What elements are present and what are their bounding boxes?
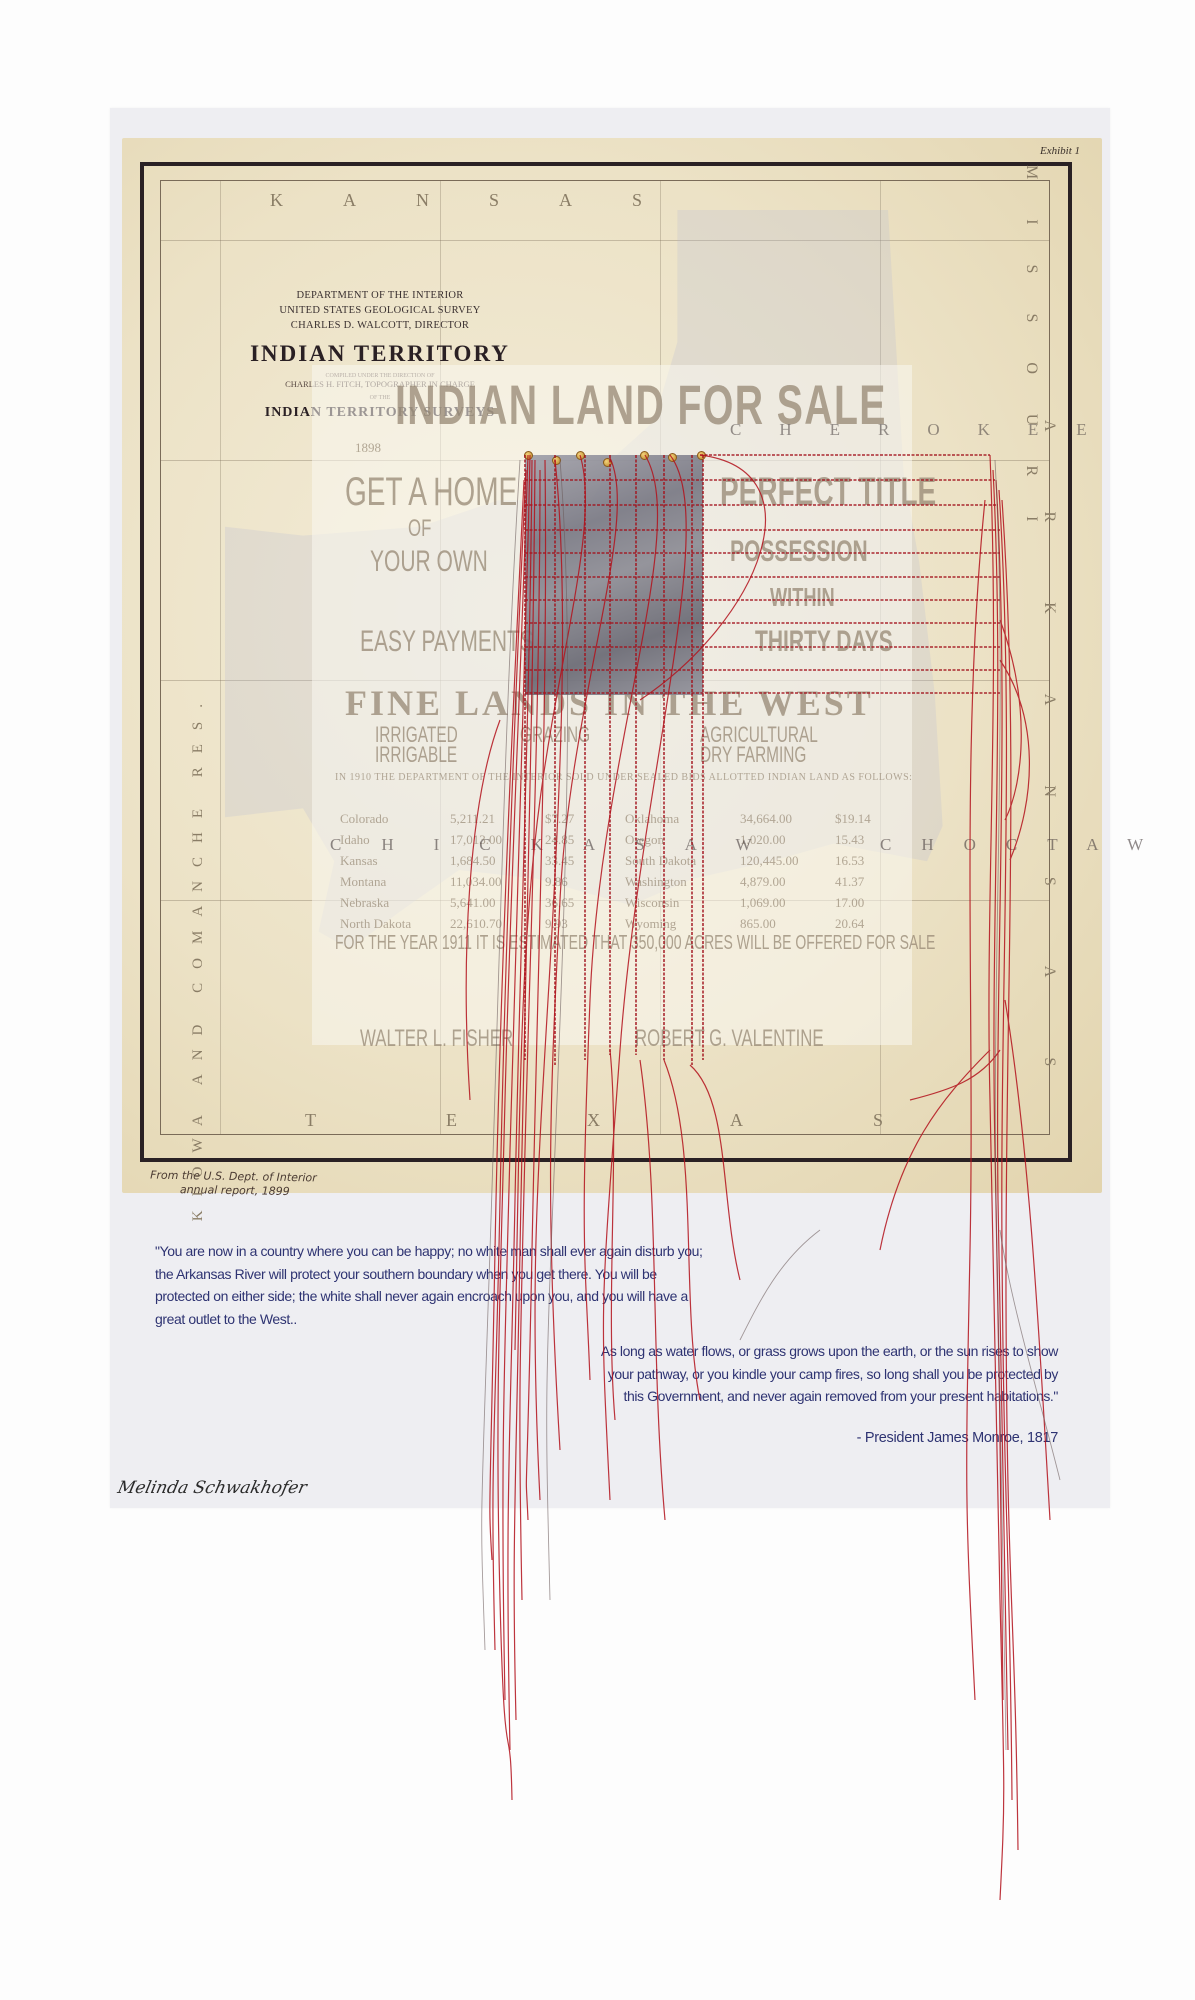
poster-year: 1898 [355, 440, 381, 456]
table-row: Wisconsin1,069.0017.00 [625, 892, 871, 913]
pin-icon [576, 451, 585, 460]
quote-second: As long as water flows, or grass grows u… [400, 1340, 1058, 1408]
header-line: CHARLES D. WALCOTT, DIRECTOR [230, 318, 530, 333]
poster-signatory: ROBERT G. VALENTINE [635, 1025, 824, 1053]
poster-signatory: WALTER L. FISHER [360, 1025, 513, 1053]
map-title: INDIAN TERRITORY [230, 341, 530, 367]
sales-table-left: Colorado5,211.21$7.27 Idaho17,013.0024.8… [340, 808, 574, 934]
artist-signature: Melinda Schwakhofer [116, 1478, 309, 1498]
poster-perfect-title: PERFECT TITLE [720, 470, 936, 515]
pin-icon [640, 451, 649, 460]
quote-line: great outlet to the West.. [155, 1308, 695, 1331]
pin-icon [668, 453, 677, 462]
poster-thirty-days: THIRTY DAYS [755, 625, 893, 659]
poster-your-own: YOUR OWN [370, 545, 488, 579]
quote-line: As long as water flows, or grass grows u… [400, 1340, 1058, 1363]
pin-icon [697, 451, 706, 460]
pin-icon [603, 458, 612, 467]
poster-estimate: FOR THE YEAR 1911 IT IS ESTIMATED THAT 3… [335, 932, 935, 955]
poster-get-a-home: GET A HOME [345, 470, 517, 515]
nation-label: CHICKASAW [330, 835, 792, 855]
table-row: Wyoming865.0020.64 [625, 913, 871, 934]
missouri-label: MISSOURI [1022, 165, 1040, 561]
quote-first: "You are now in a country where you can … [155, 1240, 695, 1330]
poster-category: DRY FARMING [700, 742, 806, 768]
quote-line: your pathway, or you kindle your camp fi… [400, 1363, 1058, 1386]
nation-label: CHEROKEE [730, 420, 1125, 440]
kansas-label: KANSAS [270, 190, 702, 211]
nation-label: CHOCTAW [880, 835, 1173, 855]
note-line: From the U.S. Dept. of Interior [150, 1169, 317, 1186]
table-row: Montana11,034.009.86 [340, 871, 574, 892]
poster-category: IRRIGABLE [375, 742, 457, 768]
texas-label: TEXAS [305, 1110, 1013, 1131]
quote-line: the Arkansas River will protect your sou… [155, 1263, 695, 1286]
pin-icon [552, 456, 561, 465]
arkansas-label: ARKANSAS [1040, 420, 1058, 1146]
poster-easy-payments: EASY PAYMENTS [360, 625, 534, 659]
quote-attribution: - President James Monroe, 1817 [700, 1430, 1058, 1446]
quote-line: this Government, and never again removed… [400, 1385, 1058, 1408]
exhibit-label: Exhibit 1 [1040, 145, 1080, 157]
quote-line: "You are now in a country where you can … [155, 1240, 695, 1263]
header-line: DEPARTMENT OF THE INTERIOR [230, 288, 530, 303]
table-row: Nebraska5,641.0036.65 [340, 892, 574, 913]
poster-within: WITHIN [770, 582, 835, 613]
sales-table-right: Oklahoma34,664.00$19.14 Oregon1,020.0015… [625, 808, 871, 934]
quote-line: protected on either side; the white shal… [155, 1285, 695, 1308]
map-gridline [160, 240, 1050, 241]
pin-icon [524, 451, 533, 460]
poster-category: GRAZING [520, 722, 590, 748]
table-row: Colorado5,211.21$7.27 [340, 808, 574, 829]
poster-of: OF [408, 515, 431, 543]
poster-possession: POSSESSION [730, 535, 868, 569]
note-line: annual report, 1899 [150, 1183, 317, 1200]
header-line: UNITED STATES GEOLOGICAL SURVEY [230, 303, 530, 318]
kiowa-comanche-label: KIOWA AND COMANCHE RES. [190, 690, 207, 1221]
archival-photo [525, 455, 703, 695]
table-row: Oklahoma34,664.00$19.14 [625, 808, 871, 829]
poster-intro-line: IN 1910 THE DEPARTMENT OF THE INTERIOR S… [335, 772, 912, 783]
map-gridline [220, 180, 221, 1135]
table-row: North Dakota22,610.709.93 [340, 913, 574, 934]
table-row: Washington4,879.0041.37 [625, 871, 871, 892]
handwritten-note: From the U.S. Dept. of Interior annual r… [150, 1169, 317, 1200]
